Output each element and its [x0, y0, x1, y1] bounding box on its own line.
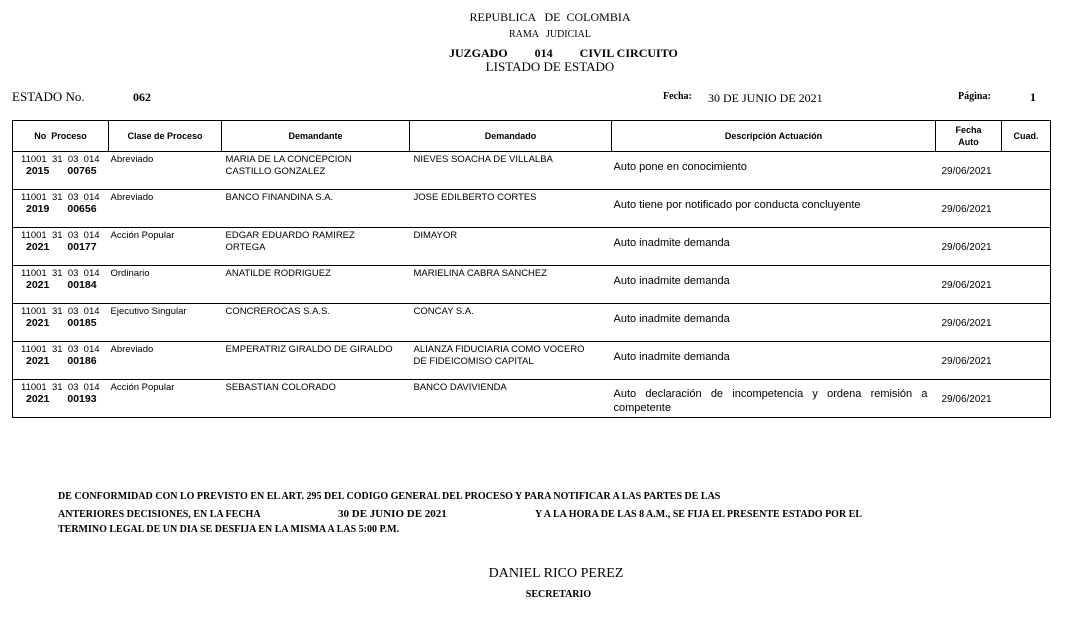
cell-proceso: 11001 31 03 014202100177	[13, 228, 109, 266]
table-row: 11001 31 03 014201500765AbreviadoMARIA D…	[13, 152, 1051, 190]
col-header-demandante: Demandante	[222, 121, 410, 152]
table-row: 11001 31 03 014202100193Acción PopularSE…	[13, 380, 1051, 418]
signer-name: DANIEL RICO PEREZ	[0, 566, 1066, 582]
anio-numero: 202100184	[13, 279, 109, 291]
footer-line1: DE CONFORMIDAD CON LO PREVISTO EN EL ART…	[58, 491, 720, 502]
cell-fecha-auto: 29/06/2021	[936, 380, 1002, 418]
clase-text: Acción Popular	[109, 380, 222, 393]
radicado: 11001 31 03 014	[13, 304, 109, 317]
footer-line2-date: 30 DE JUNIO DE 2021	[338, 508, 447, 520]
anio: 2019	[26, 203, 49, 215]
cell-demandado: CONCAY S.A.	[410, 304, 612, 342]
cell-clase: Acción Popular	[109, 228, 222, 266]
fecha-auto-text: 29/06/2021	[936, 304, 1002, 329]
fecha-auto-text: 29/06/2021	[936, 152, 1002, 177]
demandado-line1: ALIANZA FIDUCIARIA COMO VOCERO	[414, 344, 612, 356]
cell-cuad	[1002, 342, 1051, 380]
cell-cuad	[1002, 304, 1051, 342]
col-header-descripcion: Descripción Actuación	[612, 121, 936, 152]
cell-demandante: ANATILDE RODRIGUEZ	[222, 266, 410, 304]
estado-label: ESTADO No.	[12, 89, 85, 105]
cell-demandado: JOSE EDILBERTO CORTES	[410, 190, 612, 228]
clase-text: Abreviado	[109, 152, 222, 165]
cell-demandado: MARIELINA CABRA SANCHEZ	[410, 266, 612, 304]
cell-cuad	[1002, 266, 1051, 304]
descripcion-text: Auto declaración de incompetencia y orde…	[612, 380, 936, 415]
cell-cuad	[1002, 190, 1051, 228]
descripcion-text: Auto pone en conocimiento	[612, 152, 936, 174]
anio: 2021	[26, 241, 49, 253]
radicado: 11001 31 03 014	[13, 152, 109, 165]
cell-fecha-auto: 29/06/2021	[936, 304, 1002, 342]
cell-descripcion: Auto inadmite demanda	[612, 342, 936, 380]
radicado: 11001 31 03 014	[13, 380, 109, 393]
cell-cuad	[1002, 228, 1051, 266]
demandante-line2: CASTILLO GONZALEZ	[226, 166, 410, 178]
cell-descripcion: Auto declaración de incompetencia y orde…	[612, 380, 936, 418]
anio: 2015	[26, 165, 49, 177]
radicado: 11001 31 03 014	[13, 266, 109, 279]
numero: 00177	[67, 241, 96, 253]
anio-numero: 202100186	[13, 355, 109, 367]
demandante-line2: ORTEGA	[226, 242, 410, 254]
numero: 00193	[67, 393, 96, 405]
table-row: 11001 31 03 014202100185Ejecutivo Singul…	[13, 304, 1051, 342]
cell-demandado: DIMAYOR	[410, 228, 612, 266]
anio: 2021	[26, 355, 49, 367]
table-row: 11001 31 03 014201900656AbreviadoBANCO F…	[13, 190, 1051, 228]
radicado: 11001 31 03 014	[13, 228, 109, 241]
radicado: 11001 31 03 014	[13, 190, 109, 203]
cell-descripcion: Auto tiene por notificado por conducta c…	[612, 190, 936, 228]
fecha-value: 30 DE JUNIO DE 2021	[708, 91, 823, 106]
fecha-auto-line1: Fecha	[936, 125, 1001, 135]
fecha-auto-text: 29/06/2021	[936, 228, 1002, 253]
cell-descripcion: Auto inadmite demanda	[612, 304, 936, 342]
col-header-fecha-auto: Fecha Auto	[936, 121, 1002, 152]
fecha-auto-text: 29/06/2021	[936, 266, 1002, 291]
cell-cuad	[1002, 380, 1051, 418]
pagina-label: Página:	[958, 91, 991, 102]
demandante-line1: ANATILDE RODRIGUEZ	[226, 268, 410, 280]
demandado-line1: JOSE EDILBERTO CORTES	[414, 192, 612, 204]
fecha-auto-text: 29/06/2021	[936, 190, 1002, 215]
cell-clase: Abreviado	[109, 190, 222, 228]
clase-text: Abreviado	[109, 342, 222, 355]
descripcion-text: Auto inadmite demanda	[612, 342, 936, 364]
demandado-line2: DE FIDEICOMISO CAPITAL	[414, 356, 612, 368]
cell-fecha-auto: 29/06/2021	[936, 228, 1002, 266]
cell-demandante: EDGAR EDUARDO RAMIREZORTEGA	[222, 228, 410, 266]
footer-line3: TERMINO LEGAL DE UN DIA SE DESFIJA EN LA…	[58, 524, 399, 535]
demandante-line1: BANCO FINANDINA S.A.	[226, 192, 410, 204]
fecha-label: Fecha:	[663, 91, 692, 102]
cell-proceso: 11001 31 03 014202100185	[13, 304, 109, 342]
cell-demandante: SEBASTIAN COLORADO	[222, 380, 410, 418]
cell-proceso: 11001 31 03 014202100186	[13, 342, 109, 380]
anio-numero: 201900656	[13, 203, 109, 215]
fecha-auto-line2: Auto	[936, 137, 1001, 147]
anio-numero: 202100185	[13, 317, 109, 329]
cell-cuad	[1002, 152, 1051, 190]
anio: 2021	[26, 393, 49, 405]
demandante-line1: CONCREROCAS S.A.S.	[226, 306, 410, 318]
cell-proceso: 11001 31 03 014202100184	[13, 266, 109, 304]
demandante-line1: MARIA DE LA CONCEPCION	[226, 154, 410, 166]
cell-proceso: 11001 31 03 014201500765	[13, 152, 109, 190]
footer-line2-a: ANTERIORES DECISIONES, EN LA FECHA	[58, 509, 261, 520]
anio: 2021	[26, 279, 49, 291]
anio: 2021	[26, 317, 49, 329]
demandado-line1: MARIELINA CABRA SANCHEZ	[414, 268, 612, 280]
demandante-line1: EMPERATRIZ GIRALDO DE GIRALDO	[226, 344, 410, 356]
col-header-clase: Clase de Proceso	[109, 121, 222, 152]
cell-demandante: BANCO FINANDINA S.A.	[222, 190, 410, 228]
demandado-line1: CONCAY S.A.	[414, 306, 612, 318]
cell-fecha-auto: 29/06/2021	[936, 266, 1002, 304]
cell-proceso: 11001 31 03 014201900656	[13, 190, 109, 228]
numero: 00765	[67, 165, 96, 177]
table-header-row: No Proceso Clase de Proceso Demandante D…	[13, 121, 1051, 152]
cell-fecha-auto: 29/06/2021	[936, 342, 1002, 380]
cell-clase: Ordinario	[109, 266, 222, 304]
demandado-line1: DIMAYOR	[414, 230, 612, 242]
numero: 00656	[67, 203, 96, 215]
cell-demandante: EMPERATRIZ GIRALDO DE GIRALDO	[222, 342, 410, 380]
anio-numero: 202100177	[13, 241, 109, 253]
clase-text: Acción Popular	[109, 228, 222, 241]
anio-numero: 201500765	[13, 165, 109, 177]
table-row: 11001 31 03 014202100177Acción PopularED…	[13, 228, 1051, 266]
footer-line2-b: Y A LA HORA DE LAS 8 A.M., SE FIJA EL PR…	[535, 509, 862, 520]
descripcion-text: Auto tiene por notificado por conducta c…	[612, 190, 936, 212]
col-header-proceso: No Proceso	[13, 121, 109, 152]
demandante-line1: EDGAR EDUARDO RAMIREZ	[226, 230, 410, 242]
cell-demandado: BANCO DAVIVIENDA	[410, 380, 612, 418]
header-listado: LISTADO DE ESTADO	[0, 59, 1066, 75]
signer-role: SECRETARIO	[0, 589, 1066, 600]
estado-table: No Proceso Clase de Proceso Demandante D…	[12, 120, 1051, 418]
numero: 00185	[67, 317, 96, 329]
radicado: 11001 31 03 014	[13, 342, 109, 355]
cell-descripcion: Auto inadmite demanda	[612, 228, 936, 266]
cell-clase: Abreviado	[109, 152, 222, 190]
numero: 00186	[67, 355, 96, 367]
cell-demandado: ALIANZA FIDUCIARIA COMO VOCERODE FIDEICO…	[410, 342, 612, 380]
cell-descripcion: Auto inadmite demanda	[612, 266, 936, 304]
cell-demandante: MARIA DE LA CONCEPCIONCASTILLO GONZALEZ	[222, 152, 410, 190]
cell-descripcion: Auto pone en conocimiento	[612, 152, 936, 190]
anio-numero: 202100193	[13, 393, 109, 405]
header-republica: REPUBLICA DE COLOMBIA	[0, 10, 1066, 25]
cell-demandado: NIEVES SOACHA DE VILLALBA	[410, 152, 612, 190]
table-row: 11001 31 03 014202100184OrdinarioANATILD…	[13, 266, 1051, 304]
clase-text: Ejecutivo Singular	[109, 304, 222, 317]
cell-proceso: 11001 31 03 014202100193	[13, 380, 109, 418]
col-header-cuad: Cuad.	[1002, 121, 1051, 152]
demandado-line1: BANCO DAVIVIENDA	[414, 382, 612, 394]
demandante-line1: SEBASTIAN COLORADO	[226, 382, 410, 394]
demandado-line1: NIEVES SOACHA DE VILLALBA	[414, 154, 612, 166]
cell-fecha-auto: 29/06/2021	[936, 190, 1002, 228]
clase-text: Ordinario	[109, 266, 222, 279]
estado-number: 062	[133, 90, 151, 105]
cell-clase: Acción Popular	[109, 380, 222, 418]
fecha-auto-text: 29/06/2021	[936, 342, 1002, 367]
cell-fecha-auto: 29/06/2021	[936, 152, 1002, 190]
cell-clase: Ejecutivo Singular	[109, 304, 222, 342]
col-header-demandado: Demandado	[410, 121, 612, 152]
descripcion-text: Auto inadmite demanda	[612, 228, 936, 250]
pagina-value: 1	[1030, 90, 1036, 105]
descripcion-text: Auto inadmite demanda	[612, 266, 936, 288]
header-rama: RAMA JUDICIAL	[0, 29, 1066, 40]
fecha-auto-text: 29/06/2021	[936, 380, 1002, 405]
table-row: 11001 31 03 014202100186AbreviadoEMPERAT…	[13, 342, 1051, 380]
cell-clase: Abreviado	[109, 342, 222, 380]
descripcion-text: Auto inadmite demanda	[612, 304, 936, 326]
clase-text: Abreviado	[109, 190, 222, 203]
numero: 00184	[67, 279, 96, 291]
cell-demandante: CONCREROCAS S.A.S.	[222, 304, 410, 342]
